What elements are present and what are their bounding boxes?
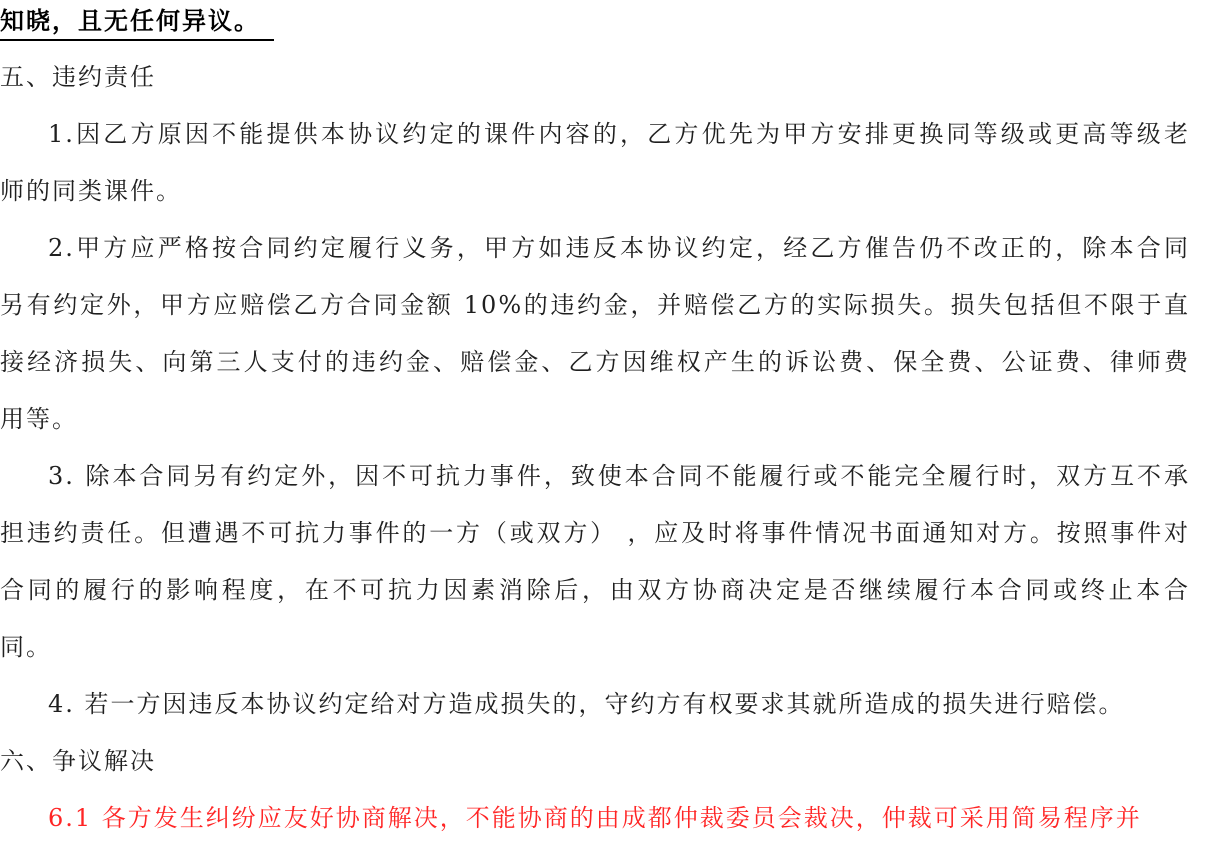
clause-5-3-line-2: 担违约责任。但遭遇不可抗力事件的一方（或双方） ，应及时将事件情况书面通知对方。…	[0, 505, 1190, 562]
clause-6-1-line-1: 6.1 各方发生纠纷应友好协商解决，不能协商的由成都仲裁委员会裁决，仲裁可采用简…	[0, 790, 1190, 841]
section-title-dispute-resolution: 六、争议解决	[0, 733, 1190, 790]
clause-5-2-line-1: 2.甲方应严格按合同约定履行义务，甲方如违反本协议约定，经乙方催告仍不改正的，除…	[0, 220, 1190, 277]
clause-5-4-line: 4. 若一方因违反本协议约定给对方造成损失的，守约方有权要求其就所造成的损失进行…	[0, 676, 1190, 733]
clause-5-2-line-4: 用等。	[0, 391, 1190, 448]
underlined-text: 知晓，且无任何异议。	[0, 6, 274, 41]
document-page: 知晓，且无任何异议。 五、违约责任 1.因乙方原因不能提供本协议约定的课件内容的…	[0, 0, 1190, 841]
heading-acknowledgement-line: 知晓，且无任何异议。	[0, 0, 1190, 49]
clause-5-2-line-3: 接经济损失、向第三人支付的违约金、赔偿金、乙方因维权产生的诉讼费、保全费、公证费…	[0, 334, 1190, 391]
clause-5-1-line-1: 1.因乙方原因不能提供本协议约定的课件内容的，乙方优先为甲方安排更换同等级或更高…	[0, 106, 1190, 163]
section-title-breach-liability: 五、违约责任	[0, 49, 1190, 106]
clause-5-3-line-4: 同。	[0, 619, 1190, 676]
clause-5-3-line-1: 3. 除本合同另有约定外，因不可抗力事件，致使本合同不能履行或不能完全履行时，双…	[0, 448, 1190, 505]
clause-5-3-line-3: 合同的履行的影响程度，在不可抗力因素消除后，由双方协商决定是否继续履行本合同或终…	[0, 562, 1190, 619]
clause-5-2-line-2: 另有约定外，甲方应赔偿乙方合同金额 10%的违约金，并赔偿乙方的实际损失。损失包…	[0, 277, 1190, 334]
clause-5-1-line-2: 师的同类课件。	[0, 163, 1190, 220]
